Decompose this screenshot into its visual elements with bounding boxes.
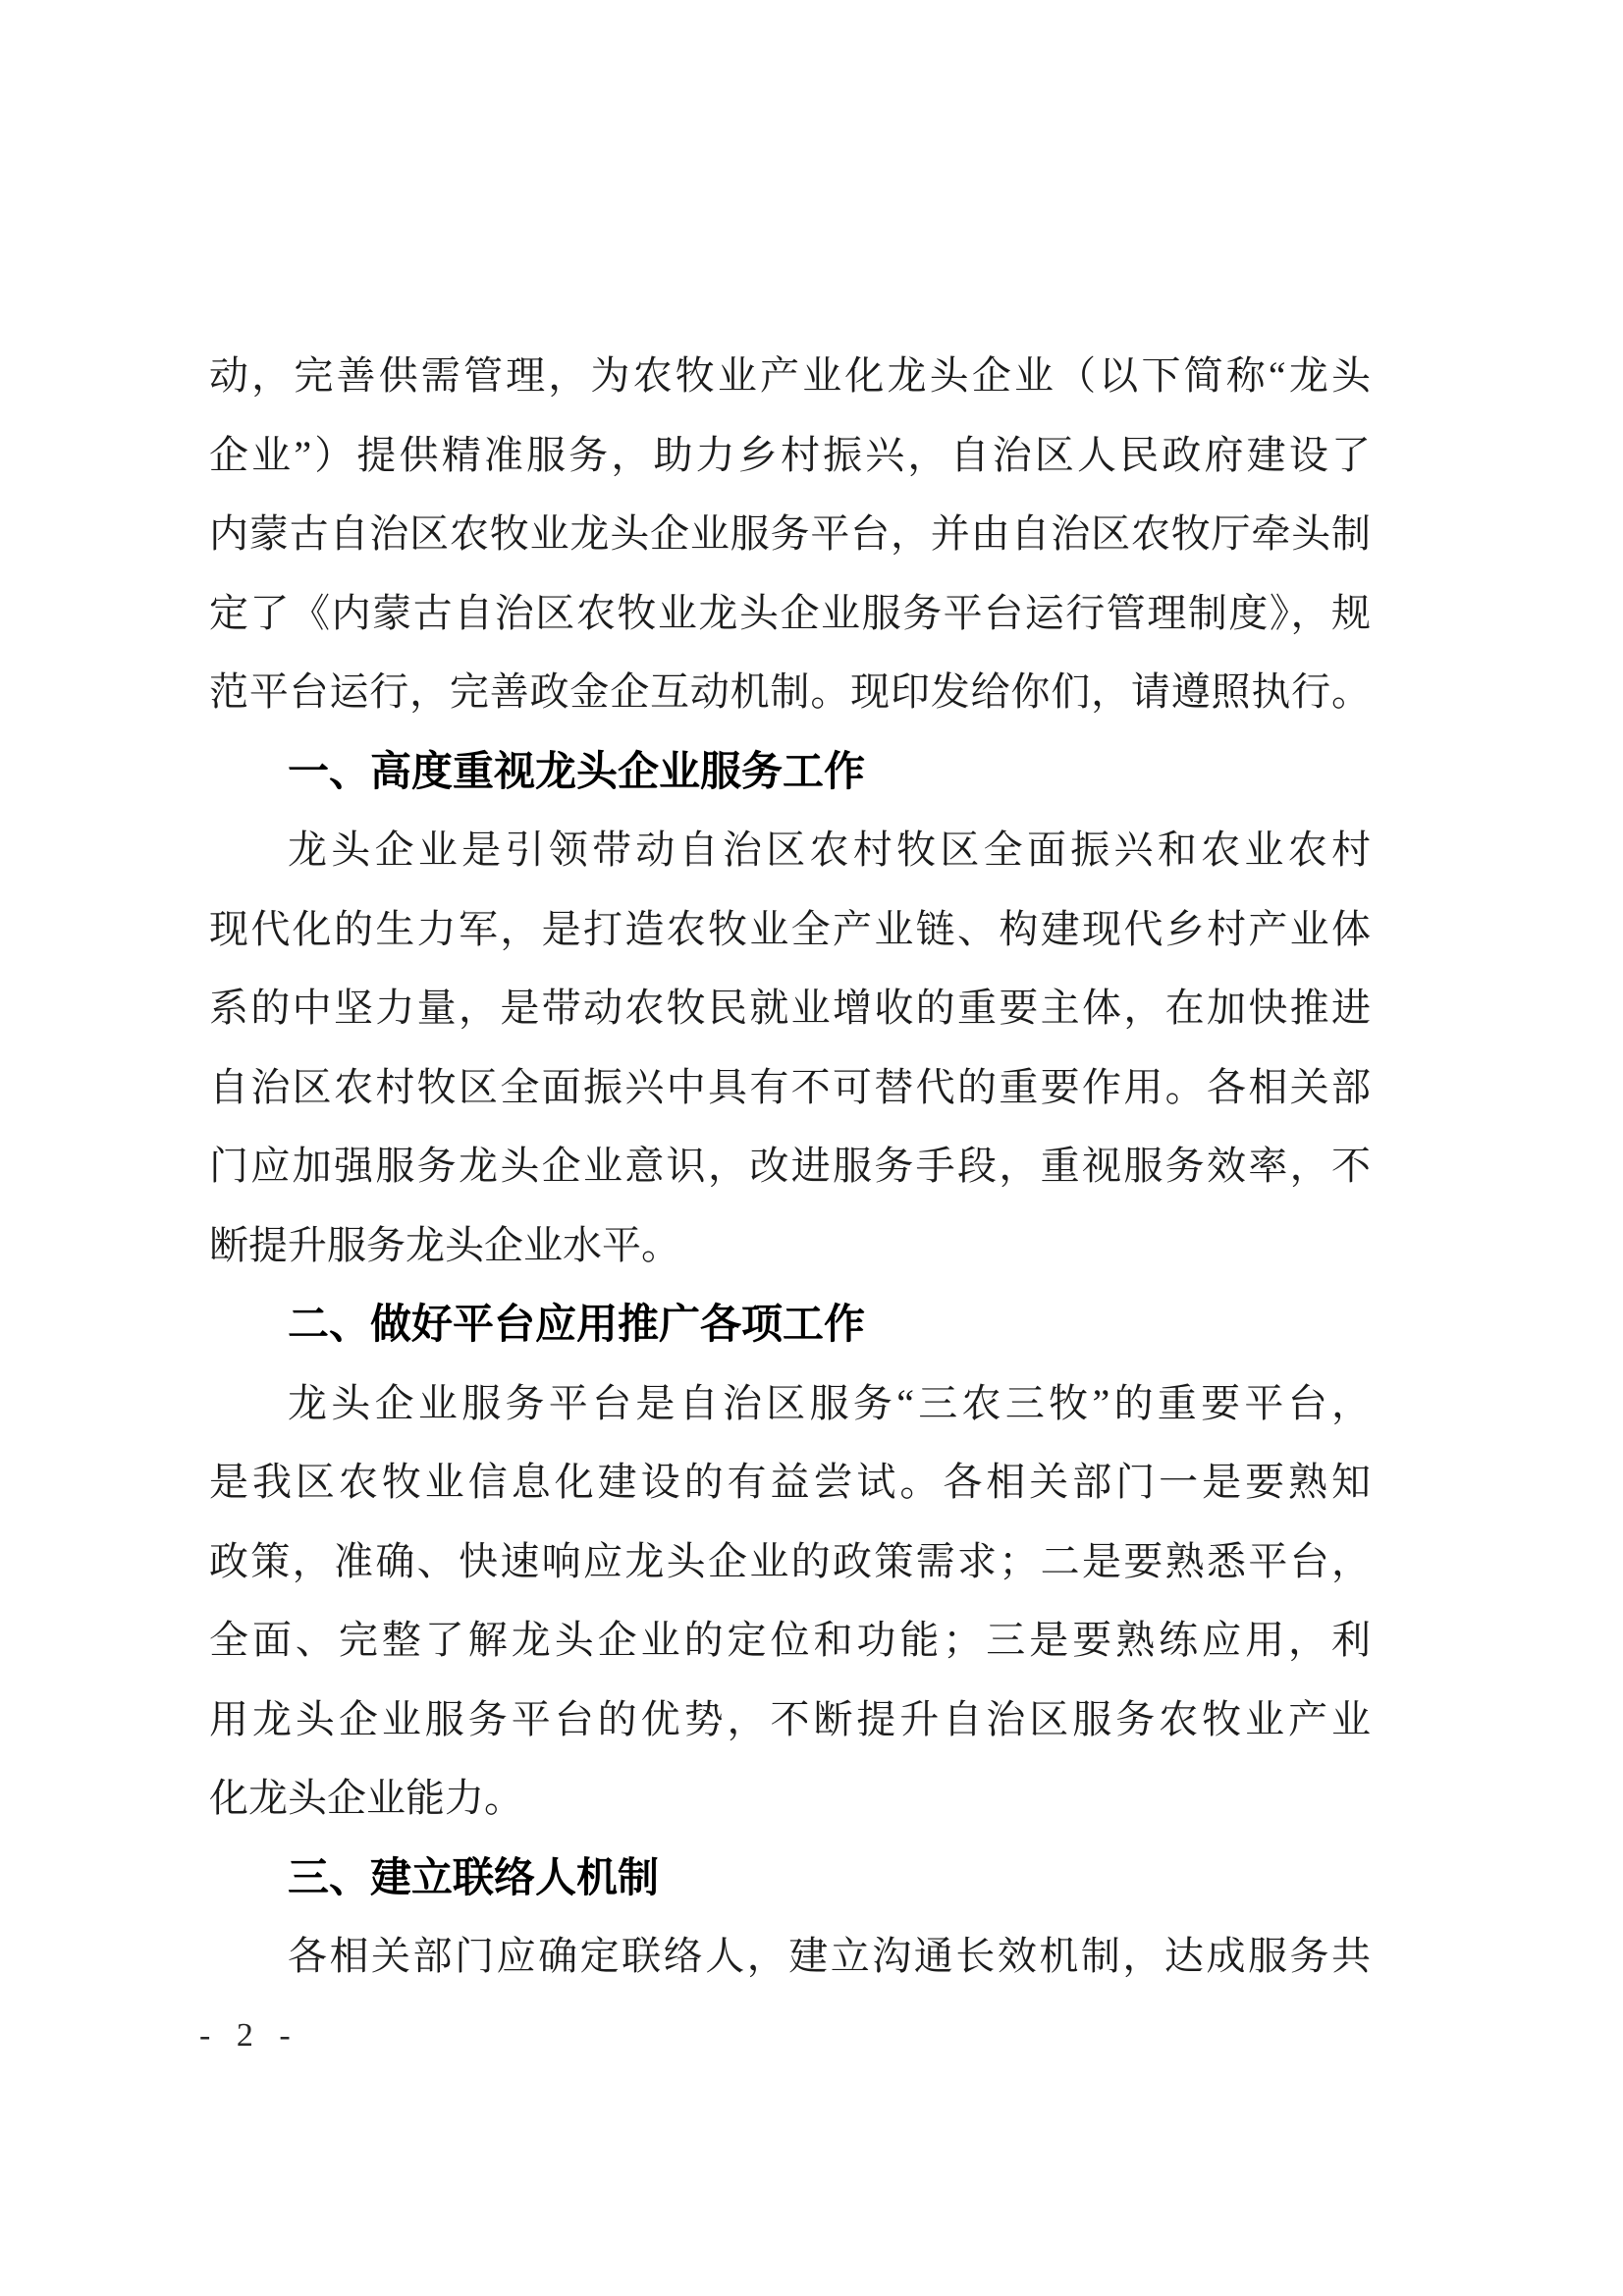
body-line: 全面、完整了解龙头企业的定位和功能；三是要熟练应用，利 xyxy=(209,1601,1371,1681)
page-number: - 2 - xyxy=(199,2014,299,2057)
body-line: 内蒙古自治区农牧业龙头企业服务平台，并由自治区农牧厅牵头制 xyxy=(209,495,1371,574)
body-line: 化龙头企业能力。 xyxy=(209,1759,1371,1839)
section-heading: 三、建立联络人机制 xyxy=(209,1839,1371,1918)
body-line: 龙头企业服务平台是自治区服务“三农三牧”的重要平台， xyxy=(209,1364,1371,1444)
body-line: 龙头企业是引领带动自治区农村牧区全面振兴和农业农村 xyxy=(209,811,1371,890)
body-line: 自治区农村牧区全面振兴中具有不可替代的重要作用。各相关部 xyxy=(209,1048,1371,1128)
body-line: 动，完善供需管理，为农牧业产业化龙头企业（以下简称“龙头 xyxy=(209,337,1371,416)
body-line: 企业”）提供精准服务，助力乡村振兴，自治区人民政府建设了 xyxy=(209,416,1371,496)
body-line: 现代化的生力军，是打造农牧业全产业链、构建现代乡村产业体 xyxy=(209,890,1371,970)
section-heading: 一、高度重视龙头企业服务工作 xyxy=(209,732,1371,812)
section-heading: 二、做好平台应用推广各项工作 xyxy=(209,1285,1371,1364)
body-line: 政策，准确、快速响应龙头企业的政策需求；二是要熟悉平台， xyxy=(209,1522,1371,1602)
body-line: 范平台运行，完善政金企互动机制。现印发给你们，请遵照执行。 xyxy=(209,653,1371,732)
body-line: 是我区农牧业信息化建设的有益尝试。各相关部门一是要熟知 xyxy=(209,1443,1371,1522)
body-line: 定了《内蒙古自治区农牧业龙头企业服务平台运行管理制度》，规 xyxy=(209,574,1371,654)
body-line: 用龙头企业服务平台的优势，不断提升自治区服务农牧业产业 xyxy=(209,1681,1371,1760)
body-line: 系的中坚力量，是带动农牧民就业增收的重要主体，在加快推进 xyxy=(209,969,1371,1048)
body-line: 门应加强服务龙头企业意识，改进服务手段，重视服务效率，不 xyxy=(209,1127,1371,1206)
document-text-block: 动，完善供需管理，为农牧业产业化龙头企业（以下简称“龙头企业”）提供精准服务，助… xyxy=(209,337,1371,1997)
body-line: 断提升服务龙头企业水平。 xyxy=(209,1206,1371,1286)
body-line: 各相关部门应确定联络人，建立沟通长效机制，达成服务共 xyxy=(209,1917,1371,1997)
